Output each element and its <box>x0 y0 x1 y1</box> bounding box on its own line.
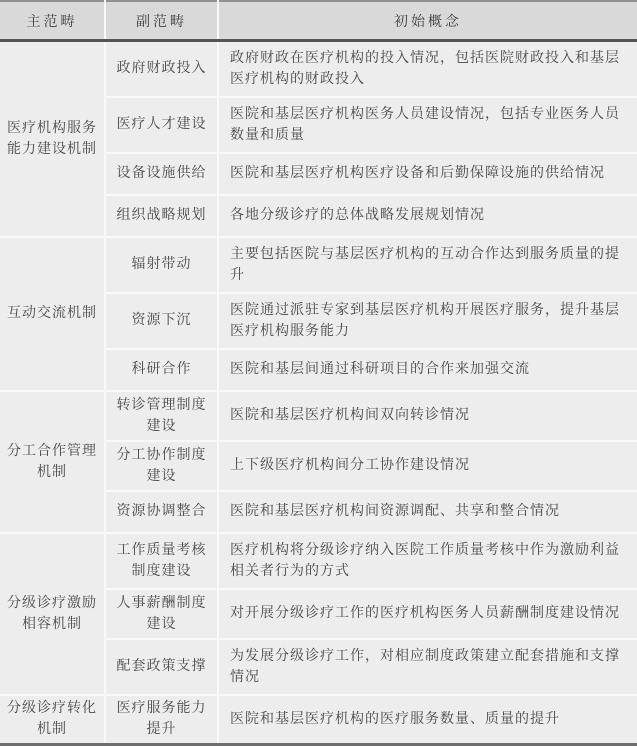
header-sub-category: 副范畴 <box>105 1 218 41</box>
sub-category-cell: 科研合作 <box>105 349 218 391</box>
table-header: 主范畴 副范畴 初始概念 <box>0 1 637 41</box>
concept-cell: 医院和基层医疗机构医务人员建设情况，包括专业医务人员数量和质量 <box>218 97 637 153</box>
concept-cell: 医疗机构将分级诊疗纳入医院工作质量考核中作为激励利益相关者行为的方式 <box>218 533 637 589</box>
sub-category-cell: 配套政策支撑 <box>105 639 218 695</box>
sub-category-cell: 资源协调整合 <box>105 491 218 533</box>
main-category-cell: 分级诊疗转化机制 <box>0 695 105 745</box>
table-row: 分级诊疗转化机制 医疗服务能力提升 医院和基层医疗机构的医疗服务数量、质量的提升 <box>0 695 637 745</box>
main-category-cell: 分工合作管理机制 <box>0 391 105 533</box>
main-category-cell: 分级诊疗激励相容机制 <box>0 533 105 695</box>
concept-cell: 上下级医疗机构间分工协作建设情况 <box>218 441 637 491</box>
table-row: 医疗机构服务能力建设机制 政府财政投入 政府财政在医疗机构的投入情况，包括医院财… <box>0 41 637 97</box>
main-category-cell: 医疗机构服务能力建设机制 <box>0 41 105 237</box>
concept-cell: 医院和基层医疗机构间双向转诊情况 <box>218 391 637 441</box>
sub-category-cell: 医疗服务能力提升 <box>105 695 218 745</box>
concept-cell: 各地分级诊疗的总体战略发展规划情况 <box>218 195 637 237</box>
concept-category-table: 主范畴 副范畴 初始概念 医疗机构服务能力建设机制 政府财政投入 政府财政在医疗… <box>0 0 637 746</box>
sub-category-cell: 人事薪酬制度建设 <box>105 589 218 639</box>
table-body: 医疗机构服务能力建设机制 政府财政投入 政府财政在医疗机构的投入情况，包括医院财… <box>0 41 637 745</box>
sub-category-cell: 政府财政投入 <box>105 41 218 97</box>
concept-cell: 医院和基层间通过科研项目的合作来加强交流 <box>218 349 637 391</box>
concept-cell: 政府财政在医疗机构的投入情况，包括医院财政投入和基层医疗机构的财政投入 <box>218 41 637 97</box>
concept-cell: 医院通过派驻专家到基层医疗机构开展医疗服务，提升基层医疗机构服务能力 <box>218 293 637 349</box>
table-row: 分级诊疗激励相容机制 工作质量考核制度建设 医疗机构将分级诊疗纳入医院工作质量考… <box>0 533 637 589</box>
concept-cell: 医院和基层医疗机构的医疗服务数量、质量的提升 <box>218 695 637 745</box>
header-initial-concept: 初始概念 <box>218 1 637 41</box>
header-main-category: 主范畴 <box>0 1 105 41</box>
concept-cell: 医院和基层医疗机构医疗设备和后勤保障设施的供给情况 <box>218 153 637 195</box>
sub-category-cell: 辐射带动 <box>105 237 218 293</box>
concept-cell: 对开展分级诊疗工作的医疗机构医务人员薪酬制度建设情况 <box>218 589 637 639</box>
concept-cell: 主要包括医院与基层医疗机构的互动合作达到服务质量的提升 <box>218 237 637 293</box>
sub-category-cell: 资源下沉 <box>105 293 218 349</box>
sub-category-cell: 设备设施供给 <box>105 153 218 195</box>
concept-cell: 为发展分级诊疗工作，对相应制度政策建立配套措施和支撑情况 <box>218 639 637 695</box>
table-row: 互动交流机制 辐射带动 主要包括医院与基层医疗机构的互动合作达到服务质量的提升 <box>0 237 637 293</box>
main-category-cell: 互动交流机制 <box>0 237 105 391</box>
sub-category-cell: 组织战略规划 <box>105 195 218 237</box>
sub-category-cell: 工作质量考核制度建设 <box>105 533 218 589</box>
sub-category-cell: 转诊管理制度建设 <box>105 391 218 441</box>
concept-cell: 医院和基层医疗机构间资源调配、共享和整合情况 <box>218 491 637 533</box>
table-header-row: 主范畴 副范畴 初始概念 <box>0 1 637 41</box>
sub-category-cell: 分工协作制度建设 <box>105 441 218 491</box>
table-row: 分工合作管理机制 转诊管理制度建设 医院和基层医疗机构间双向转诊情况 <box>0 391 637 441</box>
sub-category-cell: 医疗人才建设 <box>105 97 218 153</box>
